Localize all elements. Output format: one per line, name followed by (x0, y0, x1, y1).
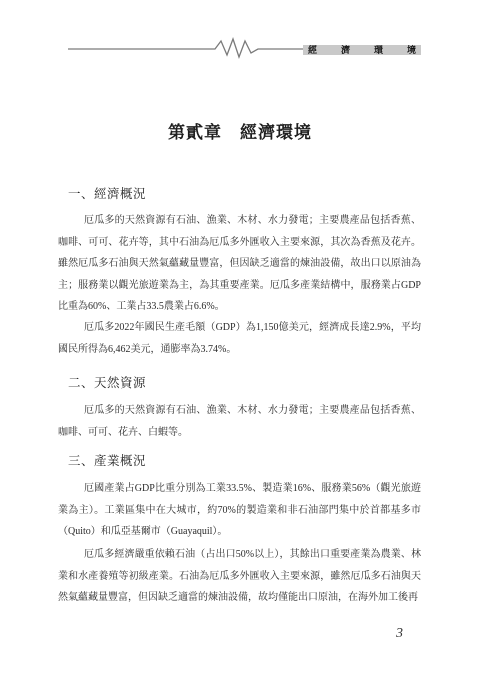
section-3-paragraph-2: 厄瓜多經濟嚴重依賴石油（占出口50%以上），其餘出口重要產業為農業、林業和水產養… (58, 544, 421, 609)
header-label-char: 境 (407, 45, 416, 55)
paragraph-text: 厄國產業占GDP比重分別為工業33.5%、製造業16%、服務業56%（觀光旅遊業… (58, 478, 421, 543)
page-number: 3 (396, 626, 403, 642)
paragraph-text: 厄瓜多經濟嚴重依賴石油（占出口50%以上），其餘出口重要產業為農業、林業和水產養… (58, 544, 421, 609)
header-label-char: 濟 (341, 45, 350, 55)
section-3-paragraph-1: 厄國產業占GDP比重分別為工業33.5%、製造業16%、服務業56%（觀光旅遊業… (58, 478, 421, 543)
chapter-title: 第貳章 經濟環境 (0, 118, 480, 143)
header-label-char: 環 (374, 45, 383, 55)
section-1-paragraph-1: 厄瓜多的天然資源有石油、漁業、木材、水力發電；主要農產品包括香蕉、咖啡、可可、花… (58, 210, 421, 318)
header-label-char: 經 (308, 45, 317, 55)
paragraph-text: 厄瓜多的天然資源有石油、漁業、木材、水力發電；主要農產品包括香蕉、咖啡、可可、花… (58, 210, 421, 318)
header-label-bar: 經 濟 環 境 (303, 45, 421, 55)
section-heading-industry-overview: 三、產業概況 (68, 451, 146, 469)
section-heading-natural-resources: 二、天然資源 (68, 373, 146, 391)
section-1-paragraph-2: 厄瓜多2022年國民生產毛額（GDP）為1,150億美元，經濟成長達2.9%，平… (58, 317, 421, 360)
section-2-paragraph-1: 厄瓜多的天然資源有石油、漁業、木材、水力發電；主要農產品包括香蕉、咖啡、可可、花… (58, 400, 421, 443)
paragraph-text: 厄瓜多2022年國民生產毛額（GDP）為1,150億美元，經濟成長達2.9%，平… (58, 317, 421, 360)
section-heading-economic-overview: 一、經濟概況 (68, 184, 146, 202)
header-rule-waveform-icon (68, 37, 305, 61)
document-page: 經 濟 環 境 第貳章 經濟環境 一、經濟概況 厄瓜多的天然資源有石油、漁業、木… (0, 0, 480, 679)
paragraph-text: 厄瓜多的天然資源有石油、漁業、木材、水力發電；主要農產品包括香蕉、咖啡、可可、花… (58, 400, 421, 443)
